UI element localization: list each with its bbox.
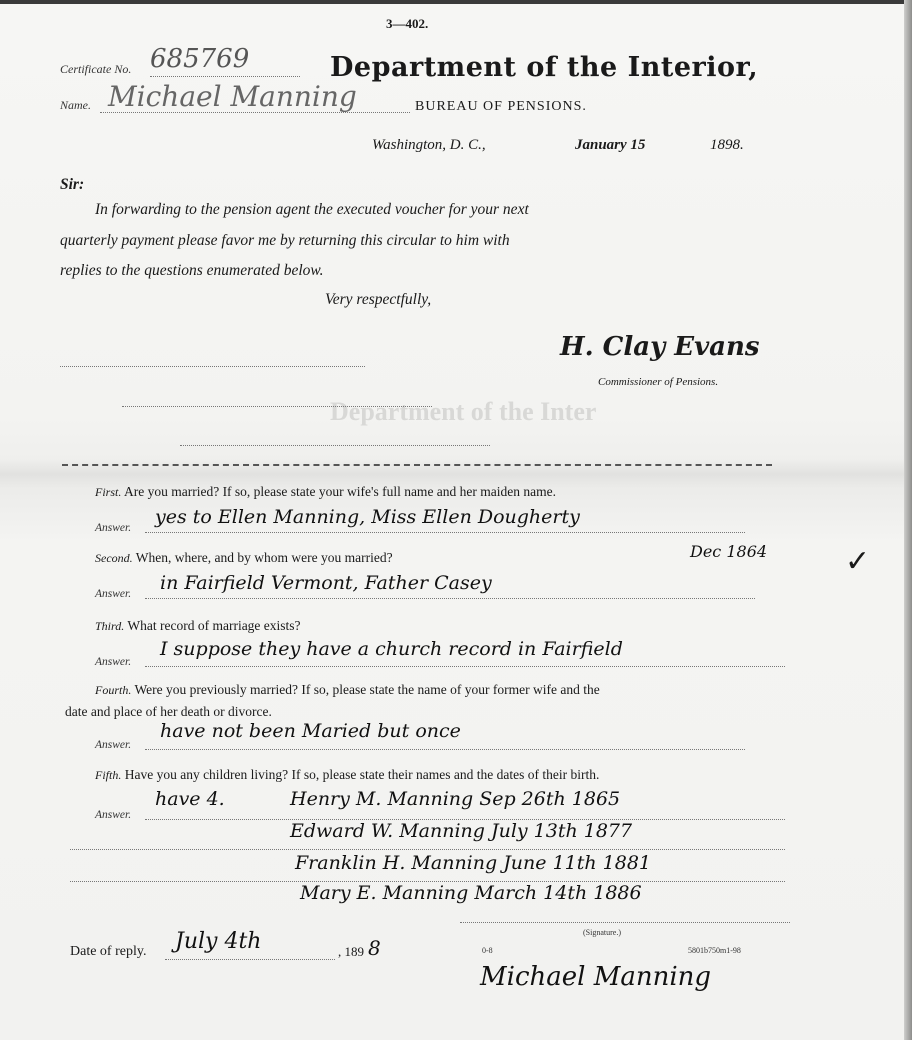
letter-line-3: replies to the questions enumerated belo… (60, 262, 323, 280)
question-fourth: Fourth. Were you previously married? If … (95, 682, 600, 698)
child-entry: Edward W. Manning July 13th 1877 (290, 820, 632, 842)
scan-right-edge (904, 0, 912, 1040)
reply-year-digit: 8 (368, 936, 381, 960)
answer-third: I suppose they have a church record in F… (160, 638, 623, 660)
bureau-title: BUREAU OF PENSIONS. (415, 99, 587, 115)
certificate-number: 685769 (150, 44, 249, 74)
question-first: First. Are you married? If so, please st… (95, 484, 556, 500)
answer-second: in Fairfield Vermont, Father Casey (160, 572, 492, 594)
question-second: Second. When, where, and by whom were yo… (95, 550, 393, 566)
answer-first: yes to Ellen Manning, Miss Ellen Dougher… (155, 506, 580, 528)
question-fourth-continued: date and place of her death or divorce. (65, 704, 272, 720)
marriage-date-note: Dec 1864 (690, 542, 767, 561)
certificate-label: Certificate No. (60, 62, 131, 77)
salutation: Sir: (60, 176, 84, 194)
commissioner-signature: H. Clay Evans (560, 332, 760, 362)
child-entry: Franklin H. Manning June 11th 1881 (295, 852, 651, 874)
question-third: Third. What record of marriage exists? (95, 618, 301, 634)
child-entry: Mary E. Manning March 14th 1886 (300, 882, 642, 904)
print-code-left: 0-8 (482, 946, 493, 955)
answer-fourth: have not been Maried but once (160, 720, 461, 742)
pension-circular-page: 3—402. Certificate No. 685769 Department… (0, 4, 905, 1040)
answer-label: Answer. (95, 522, 131, 534)
claimant-name: Michael Manning (108, 80, 357, 113)
closing: Very respectfully, (325, 291, 431, 309)
answer-label: Answer. (95, 809, 131, 821)
commissioner-title: Commissioner of Pensions. (598, 376, 718, 388)
letter-line-1: In forwarding to the pension agent the e… (95, 201, 529, 219)
signature-label: (Signature.) (583, 928, 621, 937)
question-fifth: Fifth. Have you any children living? If … (95, 767, 599, 783)
answer-label: Answer. (95, 739, 131, 751)
child-entry: Henry M. Manning Sep 26th 1865 (290, 788, 620, 810)
claimant-signature: Michael Manning (480, 962, 711, 992)
reply-year-prefix: , 189 (338, 944, 364, 960)
check-mark-icon: ✓ (845, 544, 870, 579)
letter-year: 1898. (710, 137, 744, 154)
date-of-reply-value: July 4th (175, 929, 261, 954)
name-label: Name. (60, 98, 91, 113)
answer-label: Answer. (95, 588, 131, 600)
place: Washington, D. C., (372, 137, 486, 154)
form-number: 3—402. (386, 16, 428, 32)
bleed-through-text: Department of the Inter (330, 397, 596, 427)
answer-label: Answer. (95, 656, 131, 668)
letter-date: January 15 (575, 137, 645, 154)
department-title: Department of the Interior, (330, 52, 758, 83)
answer-fifth-prefix: have 4. (155, 788, 225, 810)
letter-line-2: quarterly payment please favor me by ret… (60, 232, 510, 250)
print-code-right: 5801b750m1-98 (688, 946, 741, 955)
date-of-reply-label: Date of reply. (70, 944, 146, 960)
